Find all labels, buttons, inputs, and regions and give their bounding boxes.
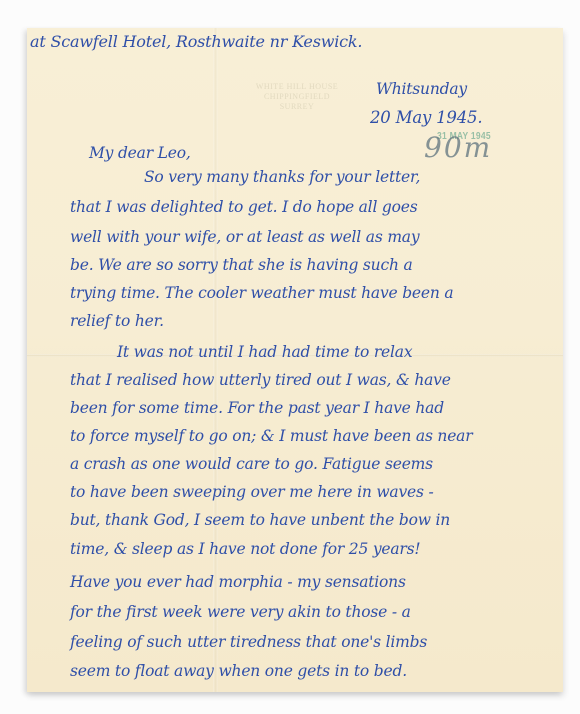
letterhead-showthrough: WHITE HILL HOUSE CHIPPINGFIELD SURREY	[242, 82, 352, 112]
body-line: feeling of such utter tiredness that one…	[70, 633, 427, 651]
body-line: well with your wife, or at least as well…	[70, 228, 419, 246]
body-line: a crash as one would care to go. Fatigue…	[70, 455, 433, 473]
photo-background: WHITE HILL HOUSE CHIPPINGFIELD SURREY 31…	[0, 0, 580, 714]
letterhead-line: WHITE HILL HOUSE	[242, 82, 352, 92]
body-line: to force myself to go on; & I must have …	[70, 427, 472, 445]
body-line: time, & sleep as I have not done for 25 …	[70, 540, 420, 558]
salutation: My dear Leo,	[89, 144, 191, 162]
body-line: for the first week were very akin to tho…	[70, 603, 411, 621]
body-line: to have been sweeping over me here in wa…	[70, 483, 434, 501]
pencil-annotation: 90m	[424, 131, 492, 164]
address-line: at Scawfell Hotel, Rosthwaite nr Keswick…	[30, 32, 362, 51]
date-line: 20 May 1945.	[370, 108, 482, 127]
body-line: seem to float away when one gets in to b…	[70, 662, 407, 680]
body-line: that I realised how utterly tired out I …	[70, 371, 451, 389]
body-line: been for some time. For the past year I …	[70, 399, 444, 417]
body-line: but, thank God, I seem to have unbent th…	[70, 511, 450, 529]
body-line: It was not until I had had time to relax	[117, 343, 412, 361]
body-line: So very many thanks for your letter,	[144, 168, 420, 186]
body-line: relief to her.	[70, 312, 164, 330]
body-line: that I was delighted to get. I do hope a…	[70, 198, 418, 216]
letterhead-line: SURREY	[242, 102, 352, 112]
letterhead-line: CHIPPINGFIELD	[242, 92, 352, 102]
date-day: Whitsunday	[376, 80, 467, 98]
body-line: be. We are so sorry that she is having s…	[70, 256, 413, 274]
body-line: Have you ever had morphia - my sensation…	[70, 573, 406, 591]
letter-sheet: WHITE HILL HOUSE CHIPPINGFIELD SURREY 31…	[27, 28, 563, 692]
body-line: trying time. The cooler weather must hav…	[70, 284, 453, 302]
